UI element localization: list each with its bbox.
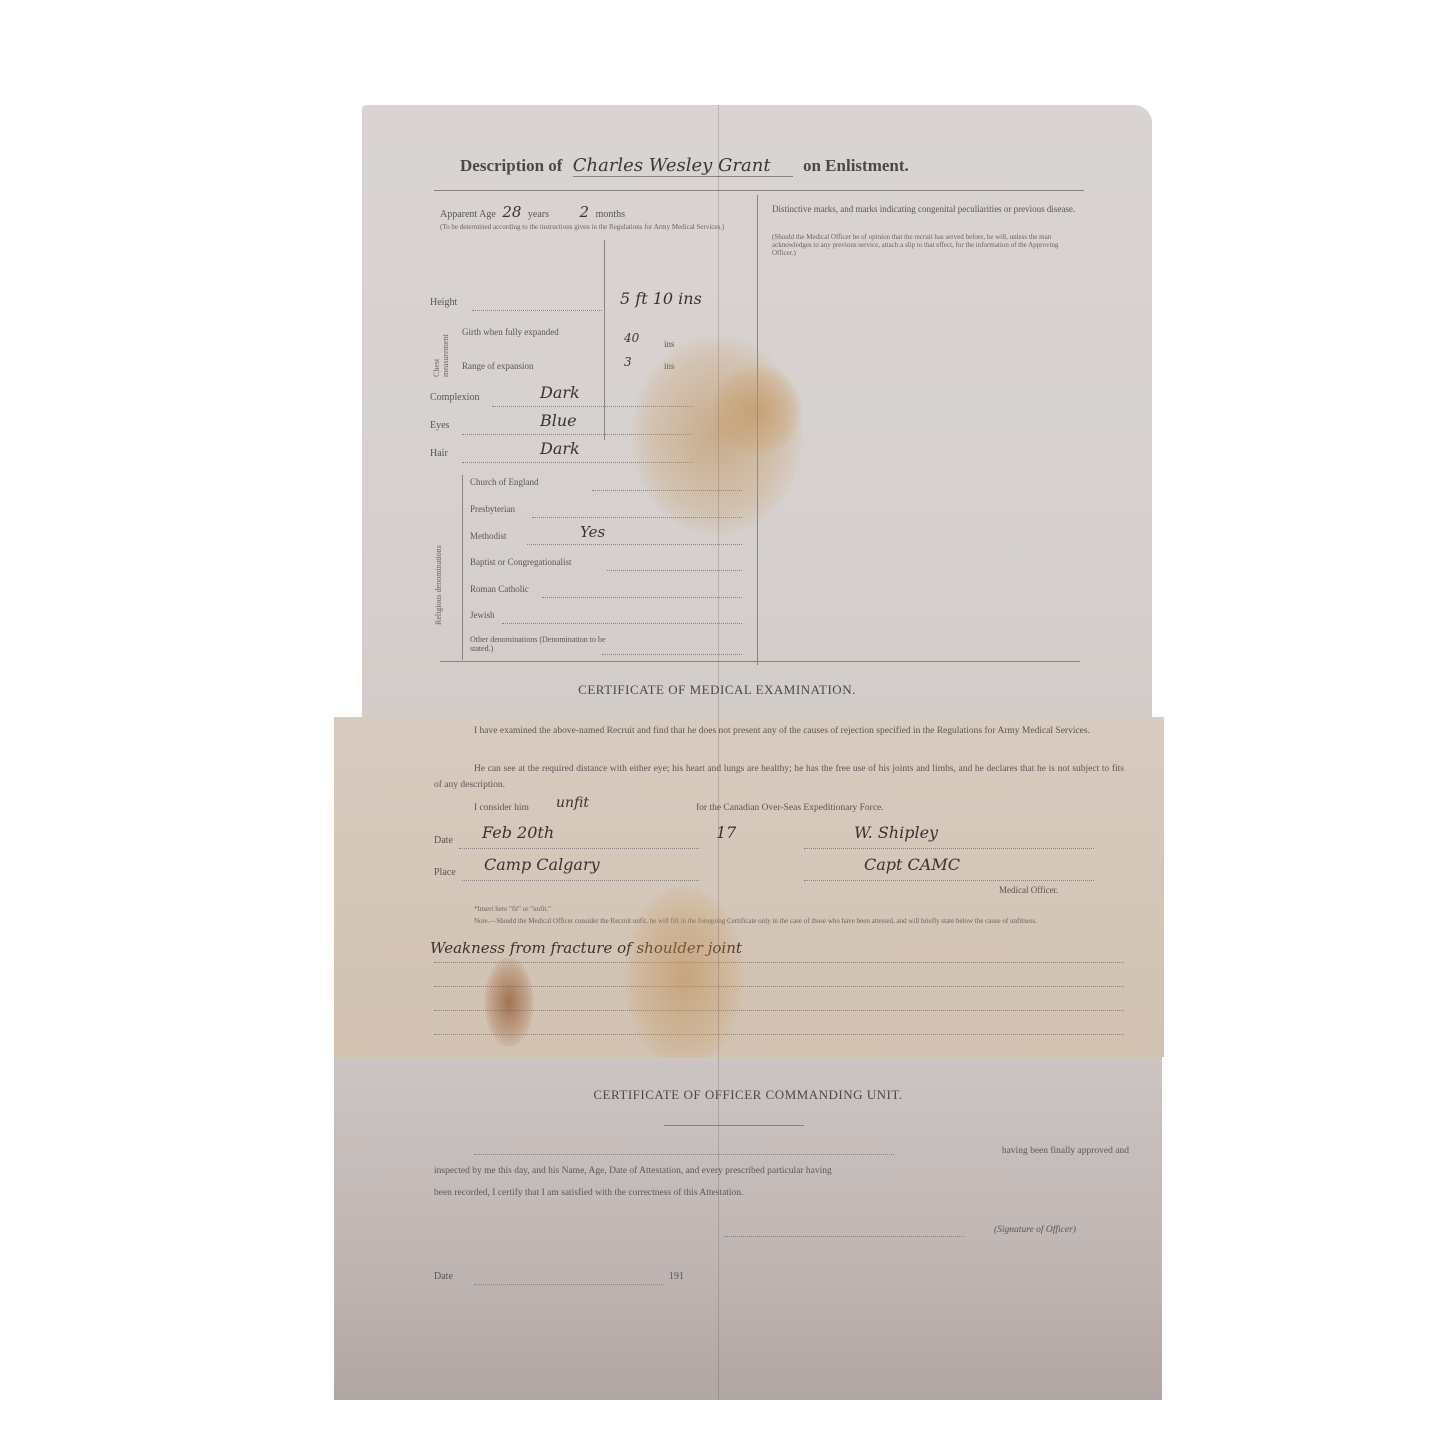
medical-panel: I have examined the above-named Recruit … (334, 717, 1164, 1057)
age-years-value: 28 (502, 203, 521, 221)
officer-text-line2: inspected by me this day, and his Name, … (434, 1163, 1129, 1179)
officer-title-rule (664, 1125, 804, 1126)
medical-officer-rank: Capt CAMC (864, 855, 960, 874)
cause-line-3 (434, 1009, 1124, 1011)
medical-officer-signature: W. Shipley (854, 823, 938, 842)
apparent-age-label: Apparent Age (440, 209, 496, 220)
chest-range-label: Range of expansion (462, 361, 533, 371)
medical-para-1: I have examined the above-named Recruit … (434, 723, 1124, 739)
officer-certificate-title: CERTIFICATE OF OFFICER COMMANDING UNIT. (334, 1087, 1162, 1103)
signature-line (804, 847, 1094, 849)
chest-girth-label: Girth when fully expanded (462, 327, 592, 337)
complexion-label: Complexion (430, 392, 479, 403)
recruit-name: Charles Wesley Grant (573, 155, 793, 177)
age-months-label: months (596, 209, 625, 220)
value-divider (604, 240, 605, 440)
cause-line-4 (434, 1033, 1124, 1035)
officer-signature-line (724, 1235, 964, 1237)
attestation-paper: Description of Charles Wesley Grant on E… (362, 105, 1152, 1400)
medical-officer-caption: Medical Officer. (999, 885, 1058, 895)
medical-date-label: Date (434, 835, 453, 846)
fit-suffix: for the Canadian Over-Seas Expeditionary… (696, 803, 884, 813)
title-suffix: on Enlistment. (803, 156, 909, 175)
religion-item-2: Methodist (470, 531, 507, 541)
religion-item-5: Jewish (470, 610, 495, 620)
officer-text-line1: having been finally approved and (909, 1143, 1129, 1159)
religion-line-4 (542, 596, 742, 598)
religion-bracket (462, 475, 463, 660)
cause-line-2 (434, 985, 1124, 987)
height-line (472, 309, 602, 311)
height-value: 5 ft 10 ins (620, 289, 702, 308)
medical-date-year: 17 (716, 823, 736, 842)
officer-name-line (474, 1153, 894, 1155)
section-rule (440, 661, 1080, 662)
religion-line-3 (607, 569, 742, 571)
complexion-value: Dark (540, 383, 580, 402)
document-title: Description of Charles Wesley Grant on E… (460, 155, 1060, 177)
religion-item-3: Baptist or Congregationalist (470, 557, 572, 567)
hair-value: Dark (540, 439, 580, 458)
officer-panel: CERTIFICATE OF OFFICER COMMANDING UNIT. … (334, 1057, 1162, 1400)
apparent-age-row: Apparent Age 28 years 2 months (440, 203, 625, 221)
religion-group-label: Religious denominations (434, 525, 443, 625)
water-stain (624, 887, 744, 1067)
title-prefix: Description of (460, 156, 562, 175)
cause-line-1 (434, 961, 1124, 963)
distinctive-marks-label: Distinctive marks, and marks indicating … (772, 203, 1082, 215)
medical-date-value: Feb 20th (482, 823, 554, 842)
fit-prefix: I consider him (474, 803, 529, 813)
religion-item-0: Church of England (470, 477, 538, 487)
footnote-unfit: Note.—Should the Medical Officer conside… (434, 917, 1124, 925)
title-rule (434, 190, 1084, 191)
height-label: Height (430, 297, 457, 308)
medical-certificate-title: CERTIFICATE OF MEDICAL EXAMINATION. (322, 682, 1112, 698)
religion-line-6 (602, 653, 742, 655)
age-months-value: 2 (580, 203, 590, 221)
vertical-fold (718, 105, 719, 1400)
footnote-fit: *Insert here "fit" or "unfit." (474, 905, 551, 913)
age-years-label: years (528, 209, 549, 220)
medical-place-line (462, 879, 699, 881)
medical-place-label: Place (434, 867, 456, 878)
fit-value: unfit (556, 795, 589, 811)
officer-signature-caption: (Signature of Officer) (994, 1225, 1076, 1235)
religion-item-6: Other denominations (Denomination to be … (470, 635, 610, 653)
eyes-label: Eyes (430, 420, 449, 431)
apparent-age-note: (To be determined according to the instr… (440, 223, 740, 231)
chest-girth-unit: ins (664, 339, 675, 349)
religion-item-1: Presbyterian (470, 504, 515, 514)
medical-place-value: Camp Calgary (484, 855, 600, 874)
distinctive-marks-note: (Should the Medical Officer be of opinio… (772, 233, 1082, 257)
religion-line-2 (527, 543, 742, 545)
medical-para-2: He can see at the required distance with… (434, 761, 1124, 793)
description-panel: Description of Charles Wesley Grant on E… (362, 105, 1152, 717)
medical-date-line (459, 847, 699, 849)
water-stain (712, 365, 802, 455)
rank-line (804, 879, 1094, 881)
chest-range-value: 3 (624, 355, 632, 369)
religion-line-5 (502, 622, 742, 624)
eyes-value: Blue (540, 411, 577, 430)
chest-group-label: Chest measurement (432, 327, 450, 377)
chest-girth-value: 40 (624, 331, 639, 345)
religion-methodist-value: Yes (580, 523, 605, 541)
officer-date-year: 191 (669, 1271, 684, 1282)
hair-label: Hair (430, 448, 448, 459)
officer-text-line3: been recorded, I certify that I am satis… (434, 1185, 1129, 1201)
officer-date-line (474, 1283, 664, 1285)
ink-stain (484, 957, 534, 1047)
religion-item-4: Roman Catholic (470, 584, 529, 594)
officer-date-label: Date (434, 1271, 453, 1282)
